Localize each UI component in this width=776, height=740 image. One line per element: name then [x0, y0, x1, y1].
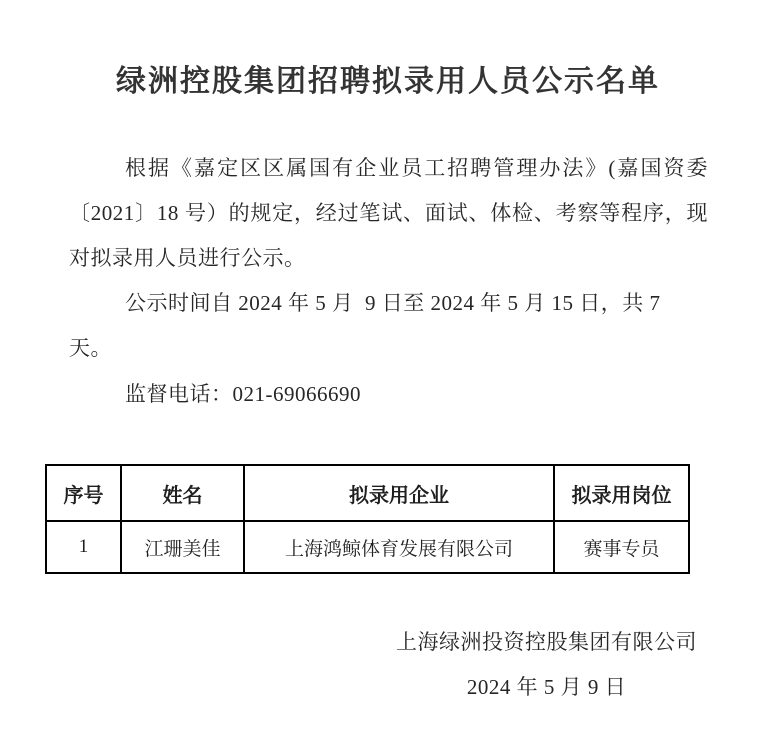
cell-company: 上海鸿鲸体育发展有限公司: [244, 521, 554, 573]
paragraph-basis: 根据《嘉定区区属国有企业员工招聘管理办法》(嘉国资委〔2021〕18 号）的规定…: [69, 146, 708, 281]
signature-company: 上海绿洲投资控股集团有限公司: [396, 620, 697, 665]
table-header-row: 序号 姓名 拟录用企业 拟录用岗位: [46, 465, 689, 521]
proposed-hires-table: 序号 姓名 拟录用企业 拟录用岗位 1 江珊美佳 上海鸿鲸体育发展有限公司 赛事…: [45, 464, 690, 574]
signature-block: 上海绿洲投资控股集团有限公司 2024 年 5 月 9 日: [396, 620, 697, 710]
cell-position: 赛事专员: [554, 521, 689, 573]
col-header-company: 拟录用企业: [244, 465, 554, 521]
supervision-phone: 监督电话：021-69066690: [69, 372, 708, 417]
paragraph-publicity-period: 公示时间自 2024 年 5 月 9 日至 2024 年 5 月 15 日，共 …: [69, 281, 708, 371]
signature-inner: 上海绿洲投资控股集团有限公司 2024 年 5 月 9 日: [396, 620, 697, 710]
signature-date: 2024 年 5 月 9 日: [396, 665, 697, 710]
cell-name: 江珊美佳: [121, 521, 244, 573]
col-header-index: 序号: [46, 465, 121, 521]
page-title: 绿洲控股集团招聘拟录用人员公示名单: [0, 56, 776, 100]
col-header-position: 拟录用岗位: [554, 465, 689, 521]
announcement-document: 绿洲控股集团招聘拟录用人员公示名单 根据《嘉定区区属国有企业员工招聘管理办法》(…: [0, 0, 776, 740]
body-text-block: 根据《嘉定区区属国有企业员工招聘管理办法》(嘉国资委〔2021〕18 号）的规定…: [69, 146, 708, 371]
col-header-name: 姓名: [121, 465, 244, 521]
table-row: 1 江珊美佳 上海鸿鲸体育发展有限公司 赛事专员: [46, 521, 689, 573]
cell-index: 1: [46, 521, 121, 573]
